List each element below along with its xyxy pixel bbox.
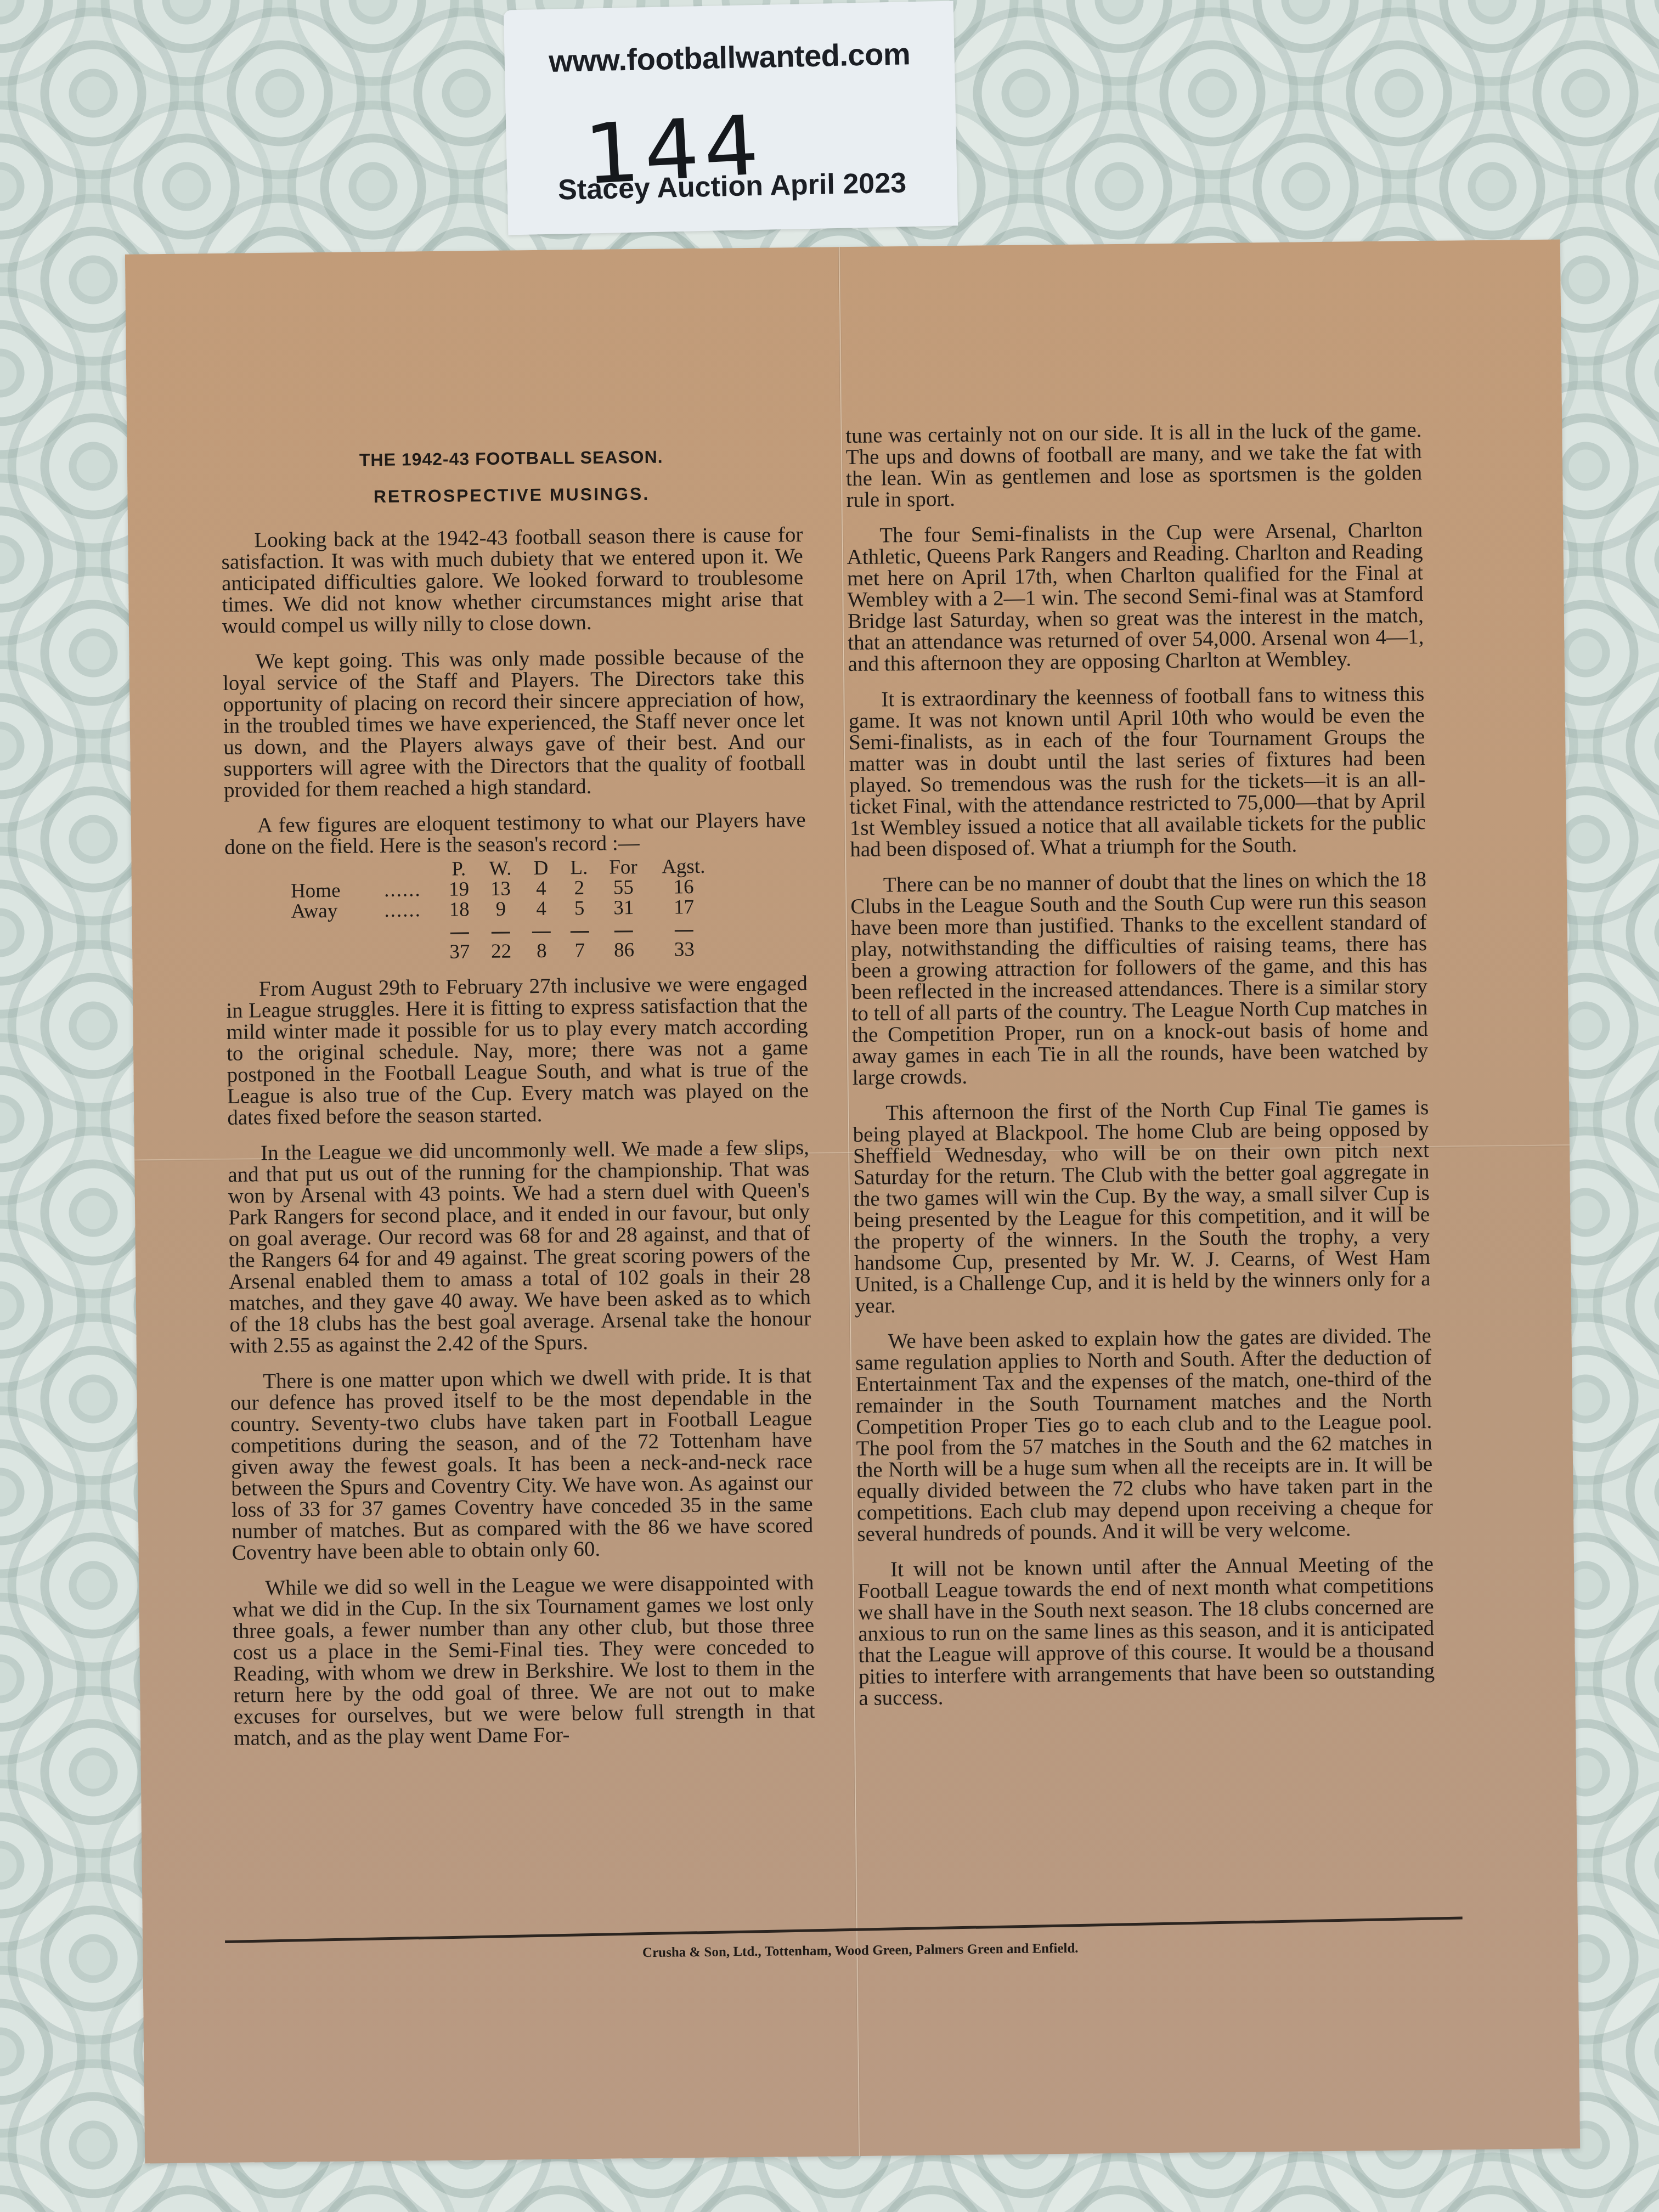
paragraph: In the League we did uncommonly well. We… [228,1137,811,1357]
label-website: www.footballwanted.com [504,35,955,80]
season-record-table: P. W. D L. For Agst. Home ...... 19 13 4… [268,856,719,964]
leader-dots: ...... [379,900,439,921]
programme-sheet: THE 1942-43 FOOTBALL SEASON. RETROSPECTI… [125,239,1580,2163]
total-cell: 7 [561,935,599,961]
paragraph: This afternoon the first of the North Cu… [853,1097,1431,1317]
cell: 4 [522,878,560,899]
col-header: P. [438,859,479,879]
paragraph: A few figures are eloquent testimony to … [224,809,806,858]
cell: 4 [522,899,561,919]
col-header: For [598,857,648,878]
total-cell: 22 [479,935,523,962]
cell: 17 [649,897,719,918]
cell: 31 [599,898,649,918]
cell: 16 [648,877,719,898]
paragraph-continued: tune was certainly not on our side. It i… [845,419,1423,511]
paragraph: We have been asked to explain how the ga… [855,1325,1433,1545]
row-label: Away [269,900,379,922]
paragraph: There can be no manner of doubt that the… [850,868,1429,1088]
row-label: Home [269,880,379,901]
col-header: D [522,858,560,879]
col-header: L. [560,857,598,878]
paragraph: The four Semi-finalists in the Cup were … [847,519,1424,675]
total-cell: 37 [439,936,480,962]
paragraph: There is one matter upon which we dwell … [230,1365,814,1564]
cell: 2 [560,878,599,899]
cell: 5 [560,898,599,919]
left-column: THE 1942-43 FOOTBALL SEASON. RETROSPECTI… [221,445,816,1763]
total-cell: 33 [649,934,719,960]
auction-lot-label: www.footballwanted.com 144 Stacey Auctio… [504,1,958,235]
leader-dots: ...... [379,879,439,900]
right-column: tune was certainly not on our side. It i… [845,419,1435,1723]
cell: 19 [439,879,479,900]
paragraph: While we did so well in the League we we… [232,1572,815,1749]
cell: 18 [439,899,479,920]
article-subtitle: RETROSPECTIVE MUSINGS. [221,482,802,509]
total-cell: 8 [522,935,561,962]
paragraph: Looking back at the 1942-43 football sea… [221,524,804,637]
cell: 13 [479,878,522,899]
cell: 55 [598,877,648,898]
col-header: W. [479,858,522,879]
col-header: Agst. [648,856,719,877]
article-title: THE 1942-43 FOOTBALL SEASON. [221,445,802,472]
totals-row: 37 22 8 7 86 33 [269,934,719,964]
paragraph: From August 29th to February 27th inclus… [226,973,809,1128]
cell: 9 [479,899,523,919]
total-cell: 86 [599,934,649,961]
paragraph: It is extraordinary the keenness of foot… [848,683,1426,860]
paragraph: We kept going. This was only made possib… [222,645,805,801]
paragraph: It will not be known until after the Ann… [857,1553,1435,1709]
label-auction-name: Stacey Auction April 2023 [507,165,957,207]
